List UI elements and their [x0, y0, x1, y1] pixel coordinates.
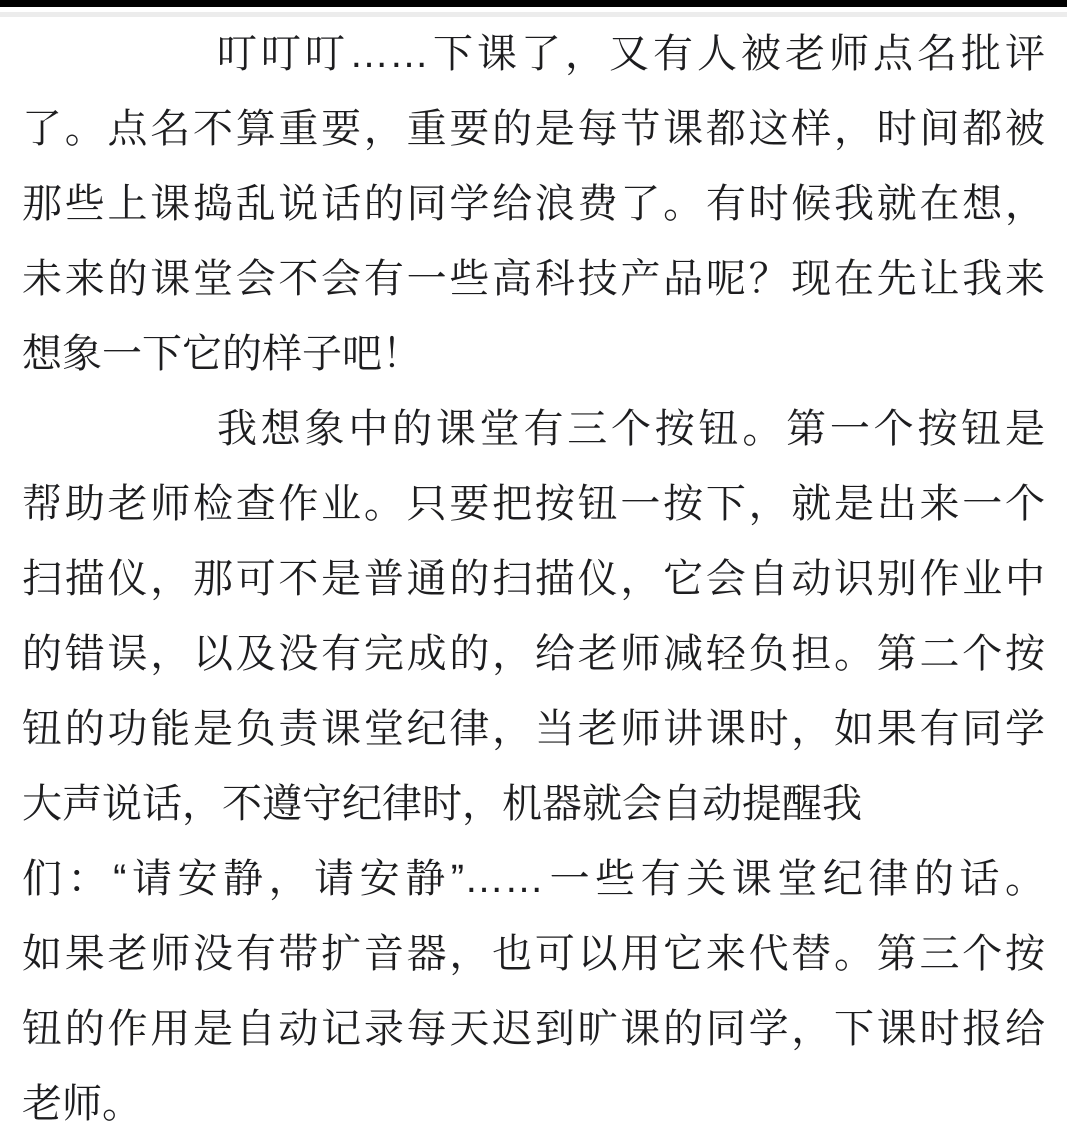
document-page: 叮叮叮……下课了，又有人被老师点名批评 了。点名不算重要，重要的是每节课都这样，… [0, 17, 1067, 1135]
text-line: 叮叮叮……下课了，又有人被老师点名批评 [22, 17, 1045, 92]
text-line: 老师。 [22, 1067, 1045, 1135]
text-line: 了。点名不算重要，重要的是每节课都这样，时间都被 [22, 92, 1045, 167]
text-line: 我想象中的课堂有三个按钮。第一个按钮是 [22, 392, 1045, 467]
top-bar [0, 0, 1067, 7]
text-line: 想象一下它的样子吧！ [22, 317, 1045, 392]
text-line: 大声说话，不遵守纪律时，机器就会自动提醒我 [22, 767, 1045, 842]
text-line: 未来的课堂会不会有一些高科技产品呢？现在先让我来 [22, 242, 1045, 317]
text-line: 如果老师没有带扩音器，也可以用它来代替。第三个按 [22, 917, 1045, 992]
text-line: 钮的功能是负责课堂纪律，当老师讲课时，如果有同学 [22, 692, 1045, 767]
text-line: 帮助老师检查作业。只要把按钮一按下，就是出来一个 [22, 467, 1045, 542]
text-line: 的错误，以及没有完成的，给老师减轻负担。第二个按 [22, 617, 1045, 692]
text-line: 们：“请安静，请安静”……一些有关课堂纪律的话。 [22, 842, 1045, 917]
text-line: 扫描仪，那可不是普通的扫描仪，它会自动识别作业中 [22, 542, 1045, 617]
text-line: 钮的作用是自动记录每天迟到旷课的同学，下课时报给 [22, 992, 1045, 1067]
text-line: 那些上课捣乱说话的同学给浪费了。有时候我就在想， [22, 167, 1045, 242]
